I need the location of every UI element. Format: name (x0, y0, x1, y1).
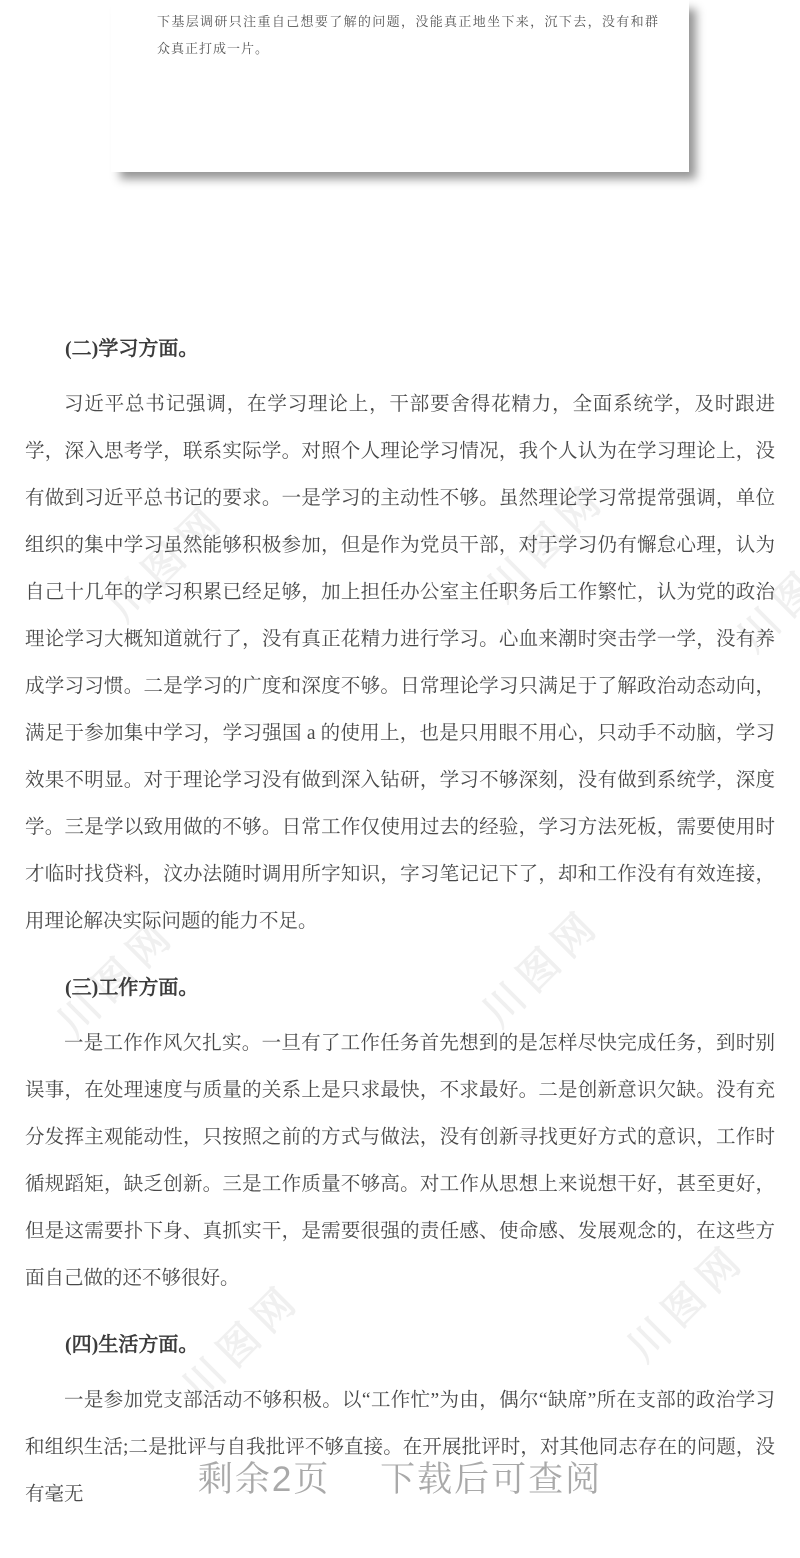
section-paragraph: 习近平总书记强调，在学习理论上，干部要舍得花精力，全面系统学，及时跟进学，深入思… (25, 381, 775, 945)
section-heading: (三)工作方面。 (25, 972, 775, 1005)
document-body: (二)学习方面。习近平总书记强调，在学习理论上，干部要舍得花精力，全面系统学，及… (25, 333, 775, 1531)
section-paragraph: 一是工作作风欠扎实。一旦有了工作任务首先想到的是怎样尽快完成任务，到时别误事，在… (25, 1020, 775, 1302)
preview-footer: 剩余2页 下载后可查阅 (0, 1452, 800, 1502)
download-hint-label: 下载后可查阅 (380, 1460, 602, 1499)
page1-preview-card: 下基层调研只注重自己想要了解的问题，没能真正地坐下来，沉下去，没有和群众真正打成… (111, 0, 689, 172)
section-heading: (二)学习方面。 (25, 333, 775, 366)
section-heading: (四)生活方面。 (25, 1329, 775, 1362)
document-preview: 川图网川图网川图网川图网川图网川图网川图网 下基层调研只注重自己想要了解的问题，… (0, 0, 800, 1558)
page1-tail-text: 下基层调研只注重自己想要了解的问题，没能真正地坐下来，沉下去，没有和群众真正打成… (157, 8, 659, 62)
remaining-pages-label: 剩余2页 (198, 1460, 330, 1499)
